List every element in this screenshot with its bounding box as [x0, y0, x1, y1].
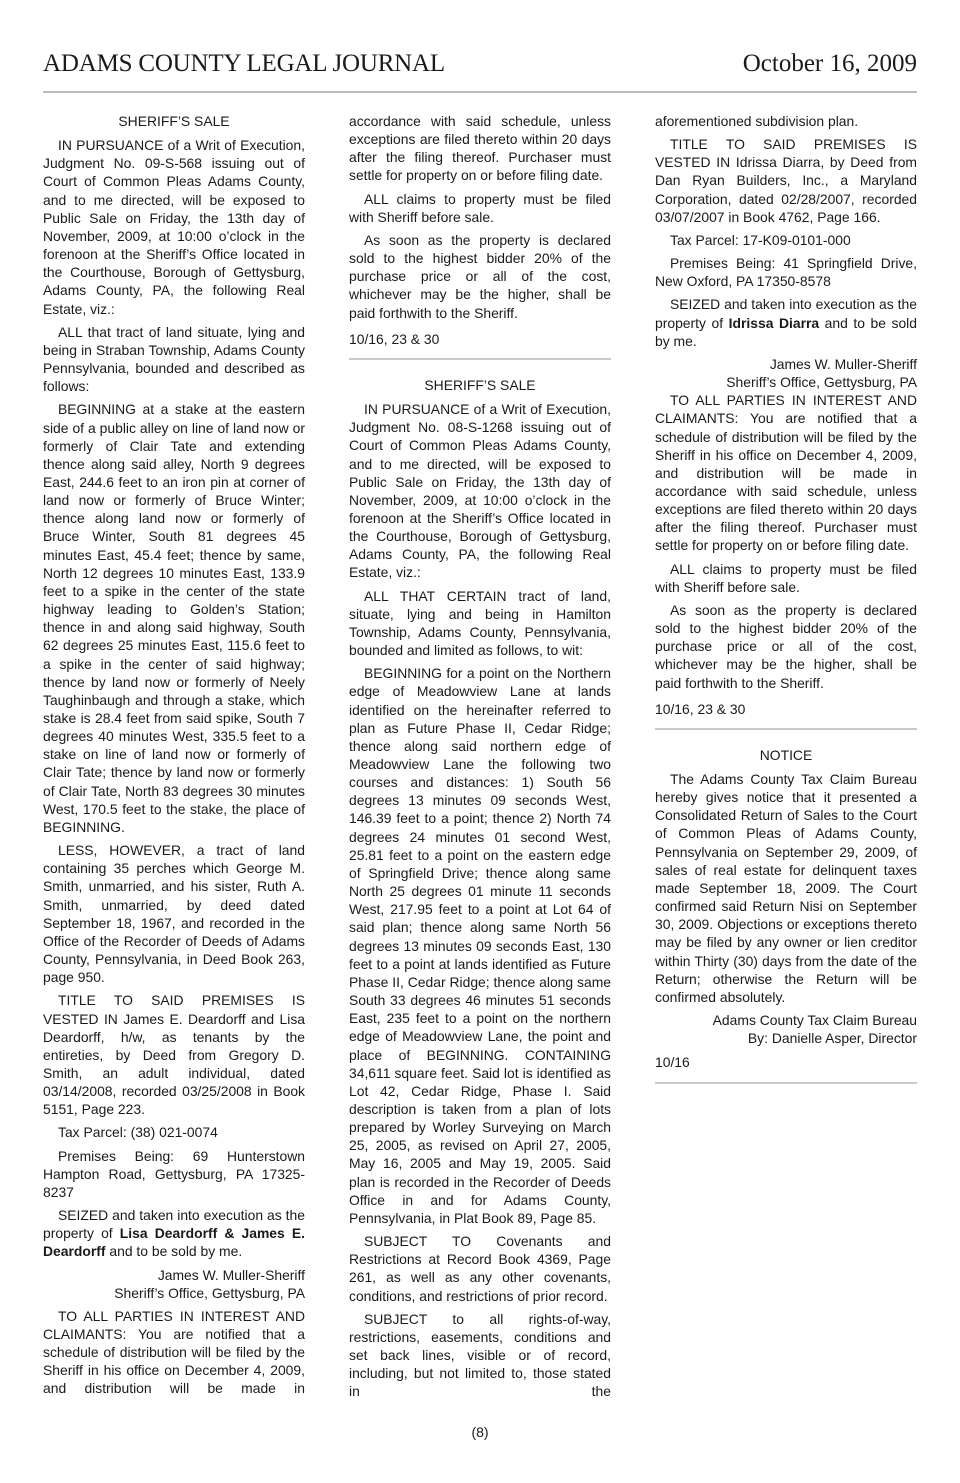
- journal-title: ADAMS COUNTY LEGAL JOURNAL: [43, 50, 445, 78]
- rights-of-way-paragraph: SUBJECT to all rights-of-way, restrictio…: [349, 1310, 611, 1401]
- sheriffs-sale-heading: SHERIFF’S SALE: [43, 112, 305, 130]
- writ-paragraph: IN PURSUANCE of a Writ of Execution, Jud…: [43, 136, 305, 318]
- payment-paragraph: As soon as the property is declared sold…: [349, 231, 611, 322]
- title-vested-paragraph: TITLE TO SAID PREMISES IS VESTED IN Jame…: [43, 991, 305, 1118]
- header-divider: [43, 91, 917, 93]
- claimants-paragraph: TO ALL PARTIES IN INTEREST AND CLAIMANTS…: [655, 391, 917, 554]
- notice-signature-org: Adams County Tax Claim Bureau: [655, 1011, 917, 1029]
- beginning-paragraph: BEGINNING at a stake at the eastern side…: [43, 400, 305, 836]
- tract-paragraph: ALL THAT CERTAIN tract of land, situate,…: [349, 587, 611, 660]
- rights-of-way-continued: aforementioned subdivision plan.: [655, 112, 917, 130]
- sheriff-signature-office: Sheriff’s Office, Gettysburg, PA: [655, 373, 917, 391]
- section-divider: [349, 358, 611, 360]
- sheriff-signature-office: Sheriff’s Office, Gettysburg, PA: [43, 1284, 305, 1302]
- property-owner: Idrissa Diarra: [729, 315, 819, 331]
- beginning-paragraph: BEGINNING for a point on the Northern ed…: [349, 664, 611, 1227]
- sheriff-signature-name: James W. Muller-Sheriff: [43, 1266, 305, 1284]
- premises-address: Premises Being: 41 Springfield Drive, Ne…: [655, 254, 917, 290]
- publication-dates: 10/16, 23 & 30: [349, 330, 611, 348]
- payment-paragraph: As soon as the property is declared sold…: [655, 601, 917, 692]
- claimants-paragraph-continued: accordance with said schedule, unless ex…: [349, 112, 611, 185]
- notice-publication-date: 10/16: [655, 1053, 917, 1071]
- tract-paragraph: ALL that tract of land situate, lying an…: [43, 323, 305, 396]
- seized-paragraph: SEIZED and taken into execution as the p…: [43, 1206, 305, 1260]
- sheriff-signature-name: James W. Muller-Sheriff: [655, 355, 917, 373]
- writ-paragraph: IN PURSUANCE of a Writ of Execution, Jud…: [349, 400, 611, 582]
- column-middle: accordance with said schedule, unless ex…: [349, 112, 611, 1405]
- seized-text-end: and to be sold by me.: [106, 1243, 243, 1259]
- publication-dates: 10/16, 23 & 30: [655, 700, 917, 718]
- sheriffs-sale-heading: SHERIFF’S SALE: [349, 376, 611, 394]
- covenants-paragraph: SUBJECT TO Covenants and Restrictions at…: [349, 1232, 611, 1305]
- less-however-paragraph: LESS, HOWEVER, a tract of land containin…: [43, 841, 305, 986]
- notice-body: The Adams County Tax Claim Bureau hereby…: [655, 770, 917, 1006]
- section-divider-end: [655, 1082, 917, 1084]
- section-divider: [655, 728, 917, 730]
- tax-parcel: Tax Parcel: (38) 021-0074: [43, 1123, 305, 1141]
- claims-paragraph: ALL claims to property must be filed wit…: [655, 560, 917, 596]
- column-left: SHERIFF’S SALE IN PURSUANCE of a Writ of…: [43, 112, 305, 1403]
- issue-date: October 16, 2009: [743, 50, 917, 78]
- tax-parcel: Tax Parcel: 17-K09-0101-000: [655, 231, 917, 249]
- claims-paragraph: ALL claims to property must be filed wit…: [349, 190, 611, 226]
- claimants-paragraph: TO ALL PARTIES IN INTEREST AND CLAIMANTS…: [43, 1307, 305, 1398]
- seized-paragraph: SEIZED and taken into execution as the p…: [655, 295, 917, 349]
- title-vested-paragraph: TITLE TO SAID PREMISES IS VESTED IN Idri…: [655, 135, 917, 226]
- premises-address: Premises Being: 69 Hunterstown Hampton R…: [43, 1147, 305, 1201]
- column-right: aforementioned subdivision plan. TITLE T…: [655, 112, 917, 1100]
- masthead: ADAMS COUNTY LEGAL JOURNAL October 16, 2…: [43, 50, 917, 84]
- page-number: (8): [0, 1424, 960, 1440]
- notice-heading: NOTICE: [655, 746, 917, 764]
- notice-signature-by: By: Danielle Asper, Director: [655, 1029, 917, 1047]
